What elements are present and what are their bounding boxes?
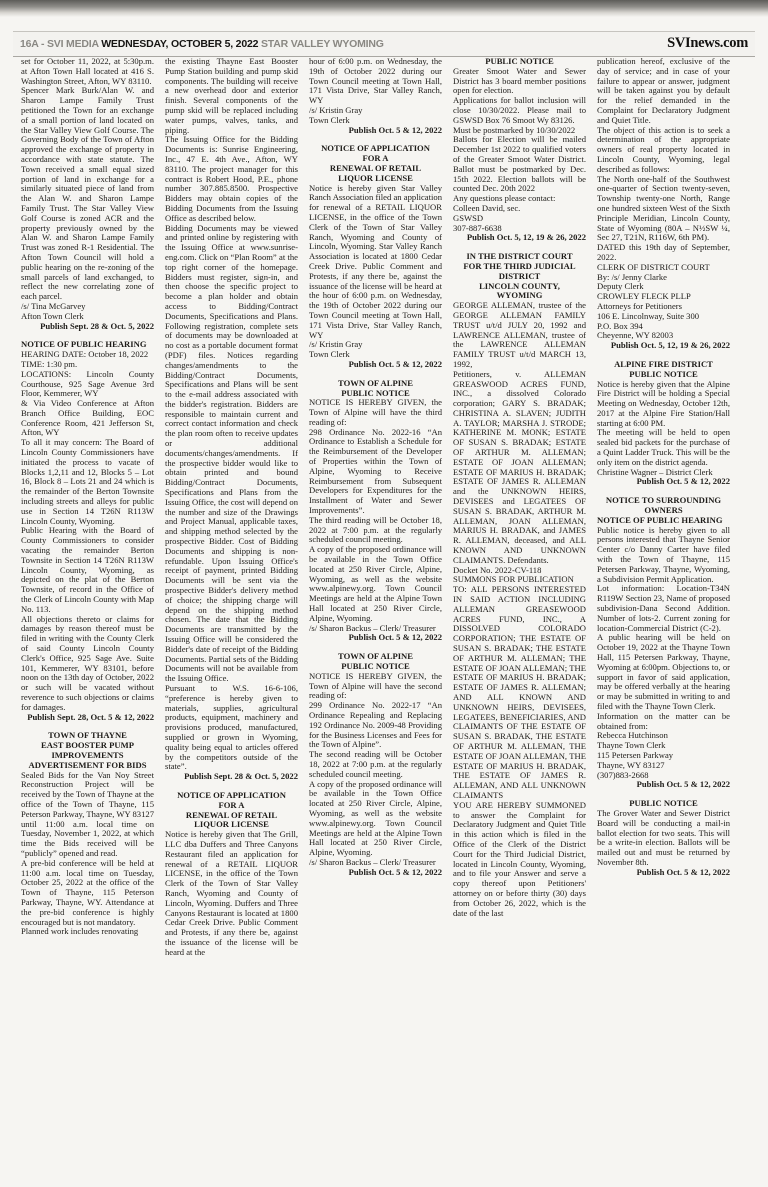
- notice-paragraph: Planned work includes renovating: [21, 927, 154, 937]
- notice-paragraph: hour of 6:00 p.m. on Wednesday, the 19th…: [309, 57, 442, 106]
- publish-line: Publish Oct. 5, 12, 19 & 26, 2022: [453, 233, 586, 243]
- notice-paragraph: NOTICE IS HEREBY GIVEN, the Town of Alpi…: [309, 672, 442, 701]
- notice-heading: TOWN OF THAYNEEAST BOOSTER PUMPIMPROVEME…: [21, 731, 154, 770]
- notice-paragraph: The meeting will be held to open sealed …: [597, 428, 730, 467]
- notice-paragraph: NOTICE IS HEREBY GIVEN, the Town of Alpi…: [309, 398, 442, 427]
- notice-paragraph: Applications for ballot inclusion will c…: [453, 96, 586, 125]
- notice-paragraph: 298 Ordinance No. 2022-16 “An Ordinance …: [309, 428, 442, 516]
- notice-paragraph: Spencer Mark Burk/Alan W. and Sharon Lam…: [21, 86, 154, 302]
- notice-paragraph: The Issuing Office for the Bidding Docum…: [165, 135, 298, 223]
- website-label: SVInews.com: [667, 35, 748, 52]
- notice-paragraph: Lot information: Location-T34N R119W Sec…: [597, 584, 730, 633]
- notice-paragraph: DATED this 19th day of September, 2022.: [597, 243, 730, 263]
- notice-paragraph: publication hereof, exclusive of the day…: [597, 57, 730, 126]
- notice-paragraph: GEORGE ALLEMAN, trustee of the GEORGE AL…: [453, 301, 586, 370]
- newspaper-page: 16A - SVI MEDIA WEDNESDAY, OCTOBER 5, 20…: [0, 0, 768, 1187]
- notice-paragraph: Public Hearing with the Board of County …: [21, 526, 154, 614]
- public-notices-columns: set for October 11, 2022, at 5:30p.m. at…: [21, 57, 735, 958]
- notice-paragraph: Public notice is hereby given to all per…: [597, 526, 730, 585]
- notice-column-2: the existing Thayne East Booster Pump St…: [165, 57, 298, 958]
- notice-paragraph: The North one-half of the Southwest one-…: [597, 175, 730, 244]
- notice-paragraph: Ballots for Election will be mailed Dece…: [453, 135, 586, 194]
- notice-paragraph: A pre-bid conference will be held at 11:…: [21, 859, 154, 928]
- notice-paragraph: Sealed Bids for the Van Noy Street Recon…: [21, 771, 154, 859]
- notice-paragraph: Notice is hereby given that the Alpine F…: [597, 380, 730, 429]
- notice-paragraph: Notice is hereby given that The Grill, L…: [165, 830, 298, 957]
- notice-paragraph: A copy of the proposed ordinance will be…: [309, 545, 442, 623]
- notice-heading: TOWN OF ALPINEPUBLIC NOTICE: [309, 379, 442, 399]
- notice-paragraph: The second reading will be October 18, 2…: [309, 750, 442, 779]
- notice-paragraph: Pursuant to W.S. 16-6-106, “preference i…: [165, 684, 298, 772]
- publish-line: Publish Oct. 5 & 12, 2022: [597, 868, 730, 878]
- notice-paragraph: Bidding Documents may be viewed and prin…: [165, 224, 298, 684]
- notice-heading: NOTICE OF APPLICATIONFOR ARENEWAL OF RET…: [165, 791, 298, 830]
- notice-paragraph: The Grover Water and Sewer District Boar…: [597, 809, 730, 868]
- notice-paragraph: A copy of the proposed ordinance will be…: [309, 780, 442, 858]
- publish-line: Publish Oct. 5, 12, 19 & 26, 2022: [597, 341, 730, 351]
- notice-paragraph: Notice is hereby given Star Valley Ranch…: [309, 184, 442, 341]
- notice-column-4: PUBLIC NOTICEGreater Smoot Water and Sew…: [453, 57, 586, 958]
- notice-column-1: set for October 11, 2022, at 5:30p.m. at…: [21, 57, 154, 958]
- publish-line: Publish Sept. 28, Oct. 5 & 12, 2022: [21, 713, 154, 723]
- notice-paragraph: the existing Thayne East Booster Pump St…: [165, 57, 298, 135]
- issue-date: WEDNESDAY, OCTOBER 5, 2022: [101, 38, 258, 50]
- notice-paragraph: LOCATIONS: Lincoln County Courthouse, 92…: [21, 370, 154, 399]
- notice-paragraph: A public hearing will be held on October…: [597, 633, 730, 711]
- region-label: STAR VALLEY WYOMING: [261, 38, 384, 50]
- notice-paragraph: The third reading will be October 18, 20…: [309, 516, 442, 545]
- notice-heading: IN THE DISTRICT COURTFOR THE THIRD JUDIC…: [453, 252, 586, 301]
- page-number-label: 16A - SVI MEDIA: [20, 38, 99, 50]
- publish-line: Publish Sept. 28 & Oct. 5, 2022: [21, 322, 154, 332]
- notice-heading: NOTICE TO SURROUNDINGOWNERS: [597, 496, 730, 516]
- notice-paragraph: 299 Ordinance No. 2022-17 “An Ordinance …: [309, 701, 442, 750]
- masthead: 16A - SVI MEDIA WEDNESDAY, OCTOBER 5, 20…: [13, 31, 755, 57]
- notice-heading: ALPINE FIRE DISTRICTPUBLIC NOTICE: [597, 360, 730, 380]
- notice-paragraph: All objections thereto or claims for dam…: [21, 615, 154, 713]
- masthead-left: 16A - SVI MEDIA WEDNESDAY, OCTOBER 5, 20…: [20, 38, 384, 50]
- notice-heading: TOWN OF ALPINEPUBLIC NOTICE: [309, 652, 442, 672]
- publish-line: Publish Oct. 5 & 12, 2022: [309, 633, 442, 643]
- notice-paragraph: & Via Video Conference at Afton Branch O…: [21, 399, 154, 438]
- publish-line: Publish Oct. 5 & 12, 2022: [597, 477, 730, 487]
- notice-paragraph: Petitioners, v. ALLEMAN GREASWOOD ACRES …: [453, 370, 586, 566]
- publish-line: Publish Oct. 5 & 12, 2022: [309, 360, 442, 370]
- publish-line: Publish Oct. 5 & 12, 2022: [309, 126, 442, 136]
- notice-column-3: hour of 6:00 p.m. on Wednesday, the 19th…: [309, 57, 442, 958]
- publish-line: Publish Sept. 28 & Oct. 5, 2022: [165, 772, 298, 782]
- notice-heading: NOTICE OF APPLICATIONFOR ARENEWAL OF RET…: [309, 144, 442, 183]
- publish-line: Publish Oct. 5 & 12, 2022: [597, 780, 730, 790]
- notice-paragraph: YOU ARE HEREBY SUMMONED to answer the Co…: [453, 801, 586, 919]
- notice-paragraph: Information on the matter can be obtaine…: [597, 712, 730, 732]
- notice-paragraph: Greater Smoot Water and Sewer District h…: [453, 67, 586, 96]
- notice-paragraph: set for October 11, 2022, at 5:30p.m. at…: [21, 57, 154, 86]
- page-top-shadow: [0, 0, 768, 17]
- notice-paragraph: To all it may concern: The Board of Linc…: [21, 438, 154, 526]
- notice-paragraph: TO: ALL PERSONS INTERESTED IN SAID ACTIO…: [453, 585, 586, 801]
- notice-column-5: publication hereof, exclusive of the day…: [597, 57, 730, 958]
- notice-paragraph: The object of this action is to seek a d…: [597, 126, 730, 175]
- publish-line: Publish Oct. 5 & 12, 2022: [309, 868, 442, 878]
